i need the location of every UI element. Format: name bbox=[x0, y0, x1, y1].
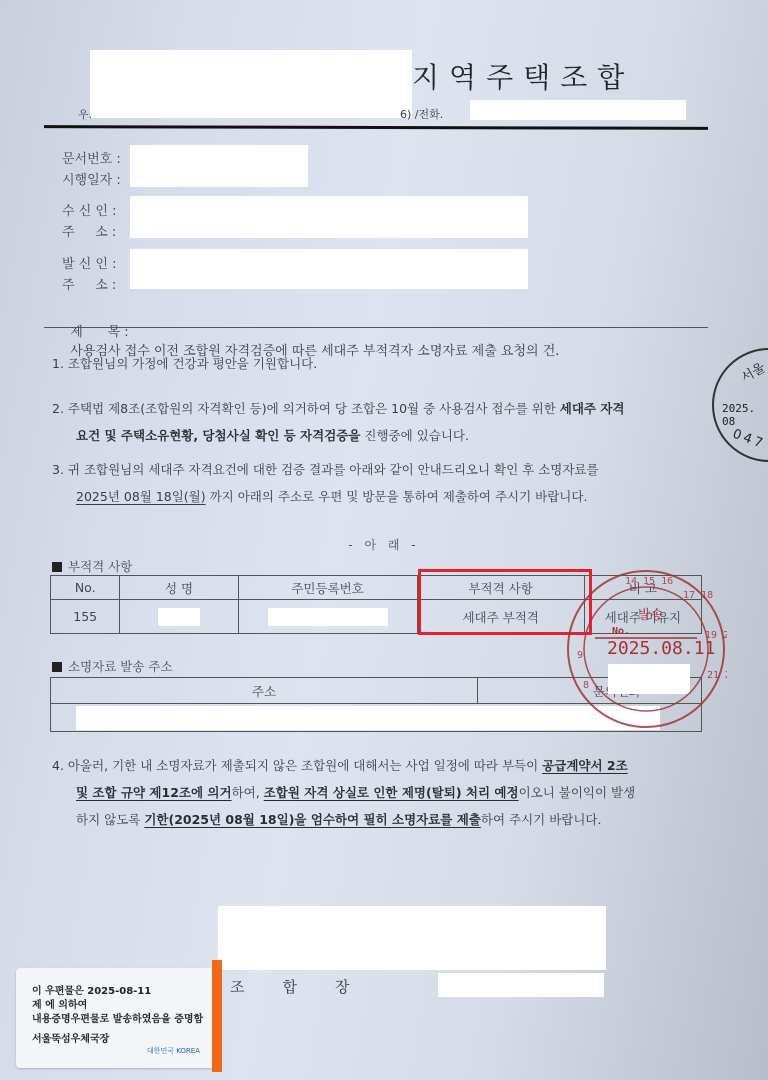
cell-no: 155 bbox=[51, 600, 120, 634]
stamp-no: No. bbox=[612, 626, 630, 637]
subject-divider bbox=[44, 327, 708, 328]
redacted-org-signature bbox=[218, 906, 606, 970]
certified-mail-label: 이 우편물은 2025-08-11 제 에 의하여 내용증명우편물로 발송하였음… bbox=[16, 968, 216, 1068]
paragraph-1: 1. 조합원님의 가정에 건강과 평안을 기원합니다. bbox=[52, 350, 712, 377]
recipient-address-label: 주 소 : bbox=[62, 221, 132, 240]
submission-deadline: 2025년 08월 18일(월) bbox=[76, 489, 206, 504]
stamp-date: 2025.08.11 bbox=[607, 638, 715, 659]
square-bullet-icon bbox=[52, 662, 62, 672]
phone-label: 6) /전화. bbox=[400, 106, 443, 122]
square-bullet-icon bbox=[52, 562, 62, 572]
col-address: 주소 bbox=[51, 678, 478, 704]
doc-number-label: 문서번호 : bbox=[62, 148, 132, 167]
paragraph-4: 4. 아울러, 기한 내 소명자료가 제출되지 않은 조합원에 대해서는 사업 … bbox=[52, 752, 712, 833]
paragraph-2: 2. 주택법 제8조(조합원의 자격확인 등)에 의거하여 당 조합은 10월 … bbox=[52, 395, 712, 449]
p3-text-b: 까지 아래의 주소로 우편 및 방문을 통하여 제출하여 주시기 바랍니다. bbox=[206, 489, 588, 504]
paragraph-3: 3. 귀 조합원님의 세대주 자격요건에 대한 검증 결과를 아래와 같이 안내… bbox=[52, 456, 712, 510]
postmark-date: 2025. 08 bbox=[722, 402, 768, 428]
p4-underline-4: 기한(2025년 08월 18일)을 엄수하여 필히 소명자료를 제출 bbox=[144, 812, 481, 827]
p4-text-d: 하지 않도록 bbox=[76, 812, 144, 827]
redacted-rrn bbox=[268, 608, 388, 626]
redacted-name bbox=[158, 608, 200, 626]
p4-underline-1: 공급계약서 2조 bbox=[542, 758, 628, 773]
col-no: No. bbox=[51, 576, 120, 600]
label-line-1: 이 우편물은 2025-08-11 bbox=[32, 982, 151, 997]
p4-text-c: 이오니 불이익이 발생 bbox=[519, 785, 636, 800]
svg-text:17 18: 17 18 bbox=[683, 590, 713, 601]
svg-text:14 15 16: 14 15 16 bbox=[625, 576, 673, 587]
ineligibility-heading: 부적격 사항 bbox=[52, 557, 132, 575]
cell-name bbox=[120, 600, 238, 634]
redacted-chairman-name bbox=[438, 973, 604, 997]
postal-prefix: 우. bbox=[78, 106, 92, 122]
p2-text-a: 2. 주택법 제8조(조합원의 자격확인 등)에 의거하여 당 조합은 10월 … bbox=[52, 401, 560, 416]
col-rrn: 주민등록번호 bbox=[238, 576, 417, 600]
chairman-title: 조합장 bbox=[230, 976, 387, 997]
enforce-date-label: 시행일자 : bbox=[62, 169, 132, 188]
p2-bold-a: 세대주 자격 bbox=[560, 401, 625, 416]
header-divider bbox=[44, 125, 708, 130]
redacted-phone bbox=[470, 100, 686, 120]
redacted-sender bbox=[130, 249, 528, 289]
recipient-label: 수 신 인 : bbox=[62, 200, 132, 219]
mailing-heading: 소명자료 발송 주소 bbox=[52, 657, 173, 675]
cell-rrn bbox=[238, 600, 417, 634]
svg-text:9: 9 bbox=[577, 650, 583, 661]
p4-underline-2: 및 조합 규약 제12조에 의거 bbox=[76, 785, 232, 800]
p3-text-a: 3. 귀 조합원님의 세대주 자격요건에 대한 검증 결과를 아래와 같이 안내… bbox=[52, 462, 599, 477]
section-marker: - 아 래 - bbox=[0, 536, 768, 553]
p2-text-b: 진행중에 있습니다. bbox=[360, 428, 469, 443]
label-orange-strip bbox=[212, 960, 222, 1072]
redacted-doc-number bbox=[130, 145, 308, 187]
redacted-org-name bbox=[90, 50, 412, 118]
mailing-heading-text: 소명자료 발송 주소 bbox=[68, 659, 173, 674]
stamp-label: 발송 bbox=[638, 604, 663, 623]
p4-text-a: 4. 아울러, 기한 내 소명자료가 제출되지 않은 조합원에 대해서는 사업 … bbox=[52, 758, 542, 773]
label-line-3: 내용증명우편물로 발송하였음을 증명함 bbox=[32, 1010, 203, 1025]
label-line-4: 서울뚝섬우체국장 bbox=[32, 1030, 109, 1045]
p2-bold-b: 요건 및 주택소유현황, 당첨사실 확인 등 자격검증을 bbox=[76, 428, 360, 443]
p4-underline-3: 조합원 자격 상실로 인한 제명(탈퇴) 처리 예정 bbox=[264, 785, 519, 800]
label-line-2: 제 에 의하여 bbox=[32, 996, 87, 1011]
redacted-recipient bbox=[130, 196, 528, 238]
svg-text:8: 8 bbox=[583, 680, 589, 691]
korea-logo: 대한민국 KOREA bbox=[147, 1046, 200, 1056]
col-name: 성 명 bbox=[120, 576, 238, 600]
sender-address-label: 주 소 : bbox=[62, 274, 132, 293]
ineligibility-heading-text: 부적격 사항 bbox=[68, 559, 132, 574]
sender-label: 발 신 인 : bbox=[62, 253, 132, 272]
p4-text-e: 하여 주시기 바랍니다. bbox=[481, 812, 602, 827]
org-title: 지역주택조합 bbox=[412, 56, 634, 96]
p4-text-b: 하여, bbox=[232, 785, 264, 800]
svg-text:21 22: 21 22 bbox=[707, 670, 727, 681]
